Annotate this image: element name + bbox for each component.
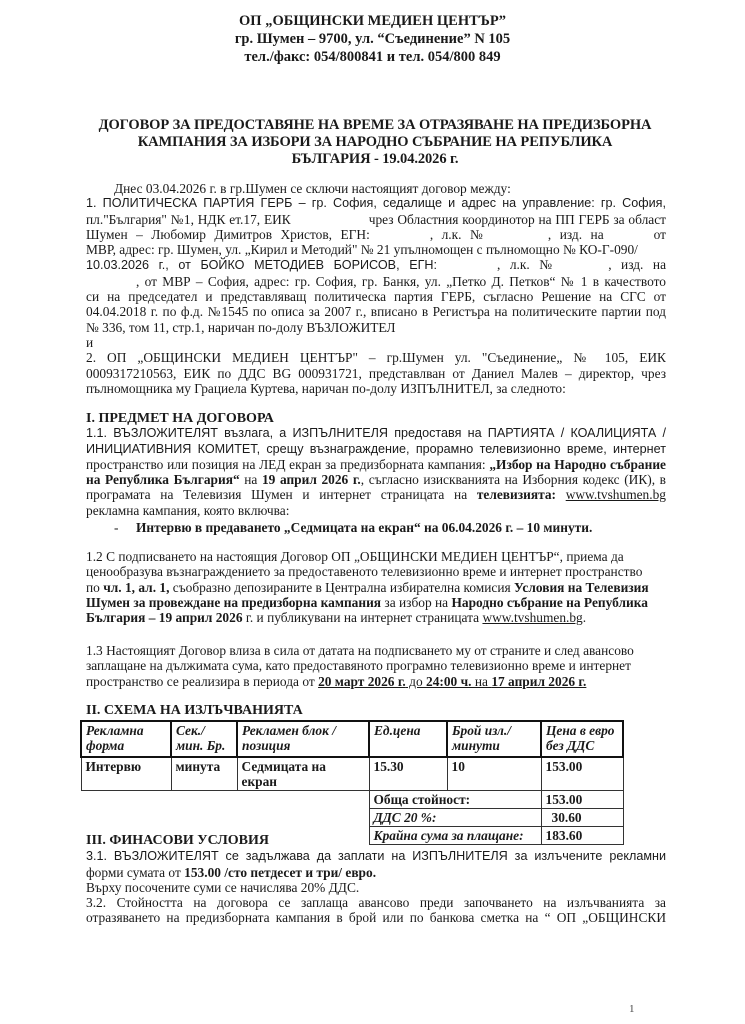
section-heading: I. ПРЕДМЕТ НА ДОГОВОРА — [86, 411, 666, 426]
campaign-item: -Интервю в предаването „Седмицата на екр… — [86, 520, 666, 535]
clause-3-1-line: 3.1. ВЪЗЛОЖИТЕЛЯТ се задължава да заплат… — [86, 848, 666, 864]
section-financial: III. ФИНАСОВИ УСЛОВИЯ 3.1. ВЪЗЛОЖИТЕЛЯТ … — [86, 833, 666, 926]
party1-line: МВР, адрес: гр. Шумен, ул. „Кирил и Мето… — [86, 242, 666, 257]
clause-1-2-line: България – 19 април 2026 г. и публикуван… — [86, 610, 666, 625]
clause-1-2-line: ценообразува възнаграждението за предост… — [86, 564, 666, 579]
clause-1-1-line: на Република България“ на 19 април 2026 … — [86, 472, 666, 487]
clause-1-2: 1.2 С подписването на настоящия Договор … — [86, 549, 666, 625]
clause-1-1-line: 1.1. ВЪЗЛОЖИТЕЛЯТ възлага, а ИЗПЪЛНИТЕЛЯ… — [86, 426, 666, 441]
clause-1-3-line: пространство се реализира в периода от 2… — [86, 674, 666, 689]
section-heading: II. СХЕМА НА ИЗЛЪЧВАНИЯТА — [86, 703, 666, 718]
column-header: Ед.цена — [369, 721, 447, 757]
clause-3-1-line: Върху посочените суми се начислява 20% Д… — [86, 880, 666, 895]
clause-1-2-line: Шумен за провеждане на предизборна кампа… — [86, 595, 666, 610]
column-header: Брой изл./ минути — [447, 721, 541, 757]
table-header-row: Рекламна форма Сек./мин. Бр. Рекламен бл… — [81, 721, 623, 757]
party2-line: 0009317210563, ЕИК по ДДС BG 000931721, … — [86, 366, 666, 381]
clause-1-3-line: 1.3 Настоящият Договор влиза в сила от д… — [86, 643, 666, 658]
title-line: ДОГОВОР ЗА ПРЕДОСТАВЯНЕ НА ВРЕМЕ ЗА ОТРА… — [80, 117, 670, 134]
party1-line: 1. ПОЛИТИЧЕСКА ПАРТИЯ ГЕРБ – гр. София, … — [86, 196, 666, 211]
table-cell: 10 — [447, 757, 541, 791]
title-line: КАМПАНИЯ ЗА ИЗБОРИ ЗА НАРОДНО СЪБРАНИЕ Н… — [80, 134, 670, 151]
table-row: Интервю минута Седмицата на екран 15.30 … — [81, 757, 623, 791]
org-name: ОП „ОБЩИНСКИ МЕДИЕН ЦЕНТЪР” — [0, 12, 745, 30]
conjunction: и — [86, 335, 666, 350]
vat-row: ДДС 20 %: 30.60 — [81, 809, 623, 827]
section-subject: I. ПРЕДМЕТ НА ДОГОВОРА 1.1. ВЪЗЛОЖИТЕЛЯТ… — [86, 411, 666, 535]
total-value: 153.00 — [541, 791, 623, 809]
clause-1-3: 1.3 Настоящият Договор влиза в сила от д… — [86, 643, 666, 689]
clause-1-1-line: пространство или позиция на ЛЕД екран за… — [86, 457, 666, 472]
total-label: Обща стойност: — [369, 791, 541, 809]
party1-line: Шумен – Любомир Димитров Христов, ЕГН:, … — [86, 227, 666, 242]
tvshumen-link[interactable]: www.tvshumen.bg — [566, 487, 666, 502]
clause-1-1-line: ИНИЦИАТИВНИЯ КОМИТЕТ, срещу възнагражден… — [86, 442, 666, 457]
page-number: 1 — [629, 1003, 635, 1015]
clause-1-1-line: програмата на Телевизия Шумен и интернет… — [86, 487, 666, 502]
party2-line: пълномощника му Грациела Куртева, нарича… — [86, 381, 666, 396]
clause-3-1-line: форми сумата от 153.00 /сто петдесет и т… — [86, 865, 666, 880]
party2-line: 2. ОП „ОБЩИНСКИ МЕДИЕН ЦЕНТЪР" – гр.Шуме… — [86, 350, 666, 365]
vat-value: 30.60 — [541, 809, 623, 827]
column-header: Цена в евро без ДДС — [541, 721, 623, 757]
org-address: гр. Шумен – 9700, ул. “Съединение” N 105 — [0, 30, 745, 48]
party1-line: , от МВР – София, адрес: гр. София, гр. … — [86, 274, 666, 289]
contract-title: ДОГОВОР ЗА ПРЕДОСТАВЯНЕ НА ВРЕМЕ ЗА ОТРА… — [80, 117, 670, 168]
vat-label: ДДС 20 %: — [369, 809, 541, 827]
contract-page: ОП „ОБЩИНСКИ МЕДИЕН ЦЕНТЪР” гр. Шумен – … — [0, 0, 745, 1024]
party1-line: 10.03.2026 г., от БОЙКО МЕТОДИЕВ БОРИСОВ… — [86, 257, 666, 273]
clause-1-2-line: 1.2 С подписването на настоящия Договор … — [86, 549, 666, 564]
tvshumen-link[interactable]: www.tvshumen.bg — [482, 610, 582, 625]
total-row: Обща стойност: 153.00 — [81, 791, 623, 809]
title-line: БЪЛГАРИЯ - 19.04.2026 г. — [80, 151, 670, 168]
clause-1-2-line: по чл. 1, ал. 1, съобразно депозираните … — [86, 580, 666, 595]
table-cell: 153.00 — [541, 757, 623, 791]
section-broadcast-scheme: II. СХЕМА НА ИЗЛЪЧВАНИЯТА — [86, 703, 666, 718]
party1-line: си на председател и представляващ полити… — [86, 289, 666, 304]
broadcast-table: Рекламна форма Сек./мин. Бр. Рекламен бл… — [80, 720, 624, 845]
clause-1-3-line: заплащане на дължимата сума, като предос… — [86, 658, 666, 673]
column-header: Рекламен блок /позиция — [237, 721, 369, 757]
table-cell: минута — [171, 757, 237, 791]
section-heading: III. ФИНАСОВИ УСЛОВИЯ — [86, 833, 666, 848]
clause-3-2-line: отразяването на предизборната кампания в… — [86, 910, 666, 925]
party1-line: пл."България" №1, НДК ет.17, ЕИКчрез Обл… — [86, 212, 666, 227]
clause-1-1-line: рекламна кампания, която включва: — [86, 503, 666, 518]
table-cell: Интервю — [81, 757, 171, 791]
clause-3-2-line: 3.2. Стойността на договора се заплаща а… — [86, 895, 666, 910]
org-phones: тел./факс: 054/800841 и тел. 054/800 849 — [0, 48, 745, 66]
table-cell: Седмицата на екран — [237, 757, 369, 791]
opening-sentence: Днес 03.04.2026 г. в гр.Шумен се сключи … — [86, 181, 666, 196]
party1-line: № 336, том 11, стр.1, наричан по-долу ВЪ… — [86, 320, 666, 335]
table-cell: 15.30 — [369, 757, 447, 791]
column-header: Рекламна форма — [81, 721, 171, 757]
party1-line: 04.04.2018 г. по ф.д. №1545 по описа за … — [86, 304, 666, 319]
column-header: Сек./мин. Бр. — [171, 721, 237, 757]
parties-block: Днес 03.04.2026 г. в гр.Шумен се сключи … — [86, 181, 666, 396]
